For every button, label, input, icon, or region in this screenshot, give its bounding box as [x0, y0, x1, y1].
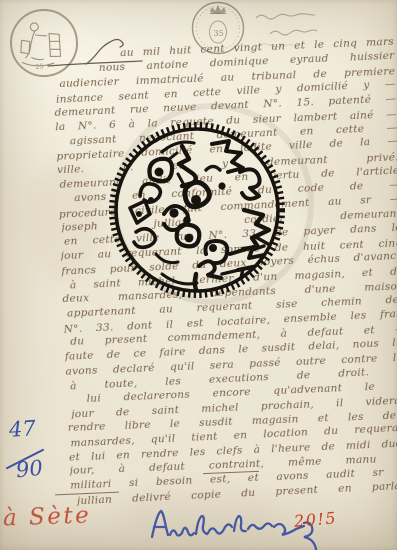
black-artist-stamp	[104, 116, 290, 304]
edition-numerator: 47	[8, 416, 36, 442]
crown-stamp-value: 35	[214, 29, 224, 38]
place-note: à Sète	[3, 502, 92, 531]
year-note: 20!5	[293, 508, 337, 531]
edition-denominator: 90	[15, 456, 44, 483]
manuscript-page: 25 35 au mil huit cent vingt un et le ci…	[0, 0, 397, 550]
